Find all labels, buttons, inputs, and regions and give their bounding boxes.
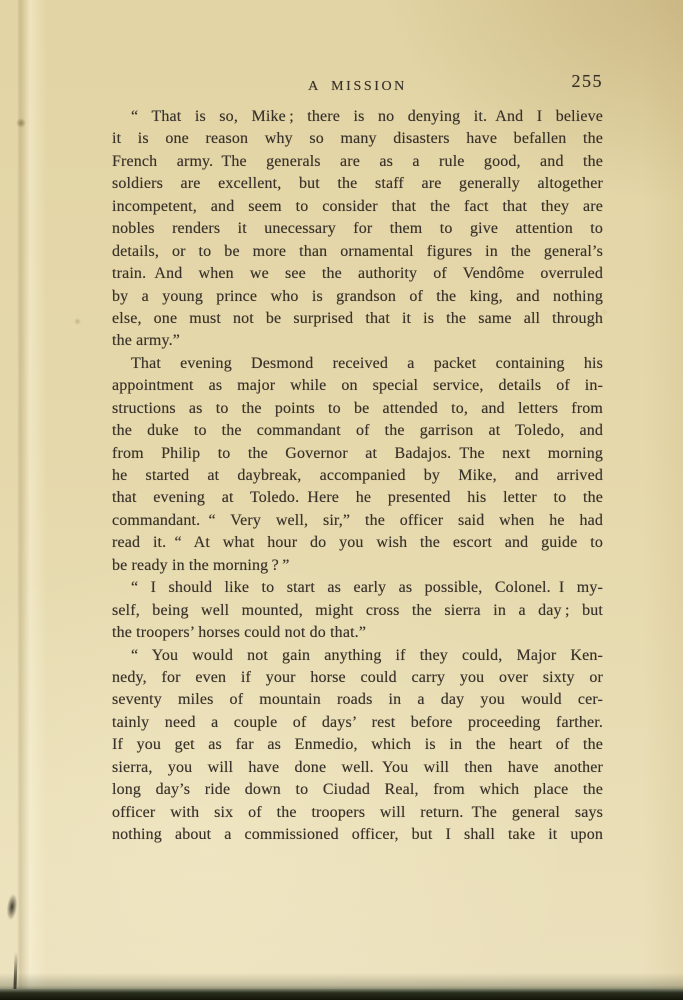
foxing-spot [16,118,26,128]
page-edge-notch [5,893,18,920]
text-line: incompetent, and seem to consider that t… [112,196,603,218]
text-line: appointment as major while on special se… [112,375,603,397]
running-header: A MISSION [112,79,603,95]
text-line: “ You would not gain anything if they co… [112,645,603,667]
text-line: French army. The generals are as a rule … [112,151,603,173]
right-edge-shading [643,0,683,1000]
text-line: “ That is so, Mike ; there is no denying… [112,106,603,128]
text-line: soldiers are excellent, but the staff ar… [112,173,603,195]
text-line: details, or to be more than ornamental f… [112,241,603,263]
text-line: commandant. “ Very well, sir,” the offic… [112,510,603,532]
text-line: If you get as far as Enmedio, which is i… [112,734,603,756]
text-line: read it. “ At what hour do you wish the … [112,532,603,554]
text-line: the army.” [112,330,603,352]
paper-blemish [600,308,608,316]
text-line: “ I should like to start as early as pos… [112,577,603,599]
text-line: officer with six of the troopers will re… [112,802,603,824]
text-line: seventy miles of mountain roads in a day… [112,689,603,711]
text-line: it is one reason why so many disasters h… [112,128,603,150]
text-line: self, being well mounted, might cross th… [112,600,603,622]
text-line: sierra, you will have done well. You wil… [112,757,603,779]
text-line: be ready in the morning ? ” [112,555,603,577]
text-line: nobles renders it unecessary for them to… [112,218,603,240]
text-line: nothing about a commissioned officer, bu… [112,824,603,846]
page-text: “ That is so, Mike ; there is no denying… [112,106,603,846]
scanned-book-page: A MISSION 255 “ That is so, Mike ; there… [0,0,683,1000]
text-line: long day’s ride down to Ciudad Real, fro… [112,779,603,801]
text-line: that evening at Toledo. Here he presente… [112,487,603,509]
text-line: train. And when we see the authority of … [112,263,603,285]
binding-crease [17,0,47,1000]
text-line: nedy, for even if your horse could carry… [112,667,603,689]
text-line: he started at daybreak, accompanied by M… [112,465,603,487]
text-line: structions as to the points to be attend… [112,398,603,420]
page-number: 255 [572,71,604,92]
text-line: tainly need a couple of days’ rest befor… [112,712,603,734]
book-bottom-edge [0,989,683,1000]
text-line: the troopers’ horses could not do that.” [112,622,603,644]
text-line: else, one must not be surprised that it … [112,308,603,330]
text-line: from Philip to the Governor at Badajos. … [112,443,603,465]
text-line: the duke to the commandant of the garris… [112,420,603,442]
text-line: That evening Desmond received a packet c… [112,353,603,375]
foxing-spot [74,318,81,325]
text-line: by a young prince who is grandson of the… [112,286,603,308]
